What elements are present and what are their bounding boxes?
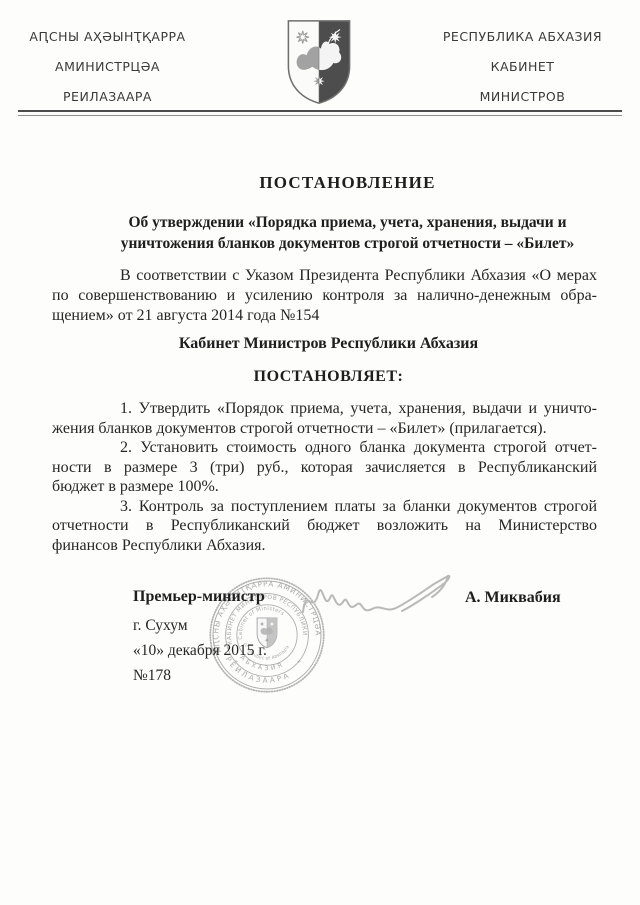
preamble-paragraph: В соответствии с Указом Президента Респу… [52, 266, 597, 326]
title-block: ПОСТАНОВЛЕНИЕ Об утверждении «Порядка пр… [75, 173, 620, 254]
coat-of-arms-icon [284, 18, 354, 106]
item-1-line-2: жения бланков документов строгой отчетно… [52, 419, 597, 439]
org-right-line-3: МИНИСТРОВ [430, 90, 615, 103]
letterhead-divider [18, 110, 622, 116]
org-right-line-1: РЕСПУБЛИКА АБХАЗИЯ [430, 30, 615, 43]
org-left-line-1: АԤСНЫ АҲӘЫНҬҚАРРА [15, 30, 200, 43]
signature-scribble [296, 566, 456, 641]
subject-line-1: Об утверждении «Порядка приема, учета, х… [75, 212, 620, 233]
preamble-line-1: В соответствии с Указом Президента Респу… [52, 266, 597, 286]
signer-name: А. Миквабия [465, 589, 561, 607]
org-right-line-2: КАБИНЕТ [430, 60, 615, 73]
item-3-line-1: 3. Контроль за поступлением платы за бла… [52, 497, 597, 517]
item-3-line-2: отчетности в Республиканский бюджет возл… [52, 516, 597, 536]
preamble-line-2: по совершенствованию и усилению контроля… [52, 286, 597, 306]
resolution-word: ПОСТАНОВЛЯЕТ: [52, 368, 605, 386]
item-1-line-1: 1. Утвердить «Порядок приема, учета, хра… [52, 399, 597, 419]
org-left-line-2: АМИНИСТРЦӘА [15, 60, 200, 73]
item-3: 3. Контроль за поступлением платы за бла… [52, 497, 597, 556]
signature-place: г. Сухум [133, 617, 188, 635]
document-number: №178 [133, 667, 171, 685]
item-2-line-2: ности в размере 3 (три) руб., которая за… [52, 458, 597, 478]
item-2: 2. Установить стоимость одного бланка до… [52, 438, 597, 497]
resolution-items: 1. Утвердить «Порядок приема, учета, хра… [52, 399, 597, 555]
letterhead-org-russian: РЕСПУБЛИКА АБХАЗИЯ КАБИНЕТ МИНИСТРОВ [430, 30, 615, 120]
org-left-line-3: РЕИЛАЗААРА [15, 90, 200, 103]
document-title: ПОСТАНОВЛЕНИЕ [75, 173, 620, 193]
document-subject: Об утверждении «Порядка приема, учета, х… [75, 212, 620, 254]
preamble-line-3: щением» от 21 августа 2014 года №154 [52, 306, 597, 326]
stamp-separator-right: + [297, 659, 302, 665]
item-1: 1. Утвердить «Порядок приема, учета, хра… [52, 399, 597, 438]
subject-line-2: уничтожения бланков документов строгой о… [75, 233, 620, 254]
signer-position: Премьер-министр [133, 588, 265, 606]
signature-date: «10» декабря 2015 г. [133, 642, 267, 660]
item-3-line-3: финансов Республики Абхазия. [52, 536, 597, 556]
letterhead-org-abkhaz: АԤСНЫ АҲӘЫНҬҚАРРА АМИНИСТРЦӘА РЕИЛАЗААРА [15, 30, 200, 120]
document-page: АԤСНЫ АҲӘЫНҬҚАРРА АМИНИСТРЦӘА РЕИЛАЗААРА [0, 0, 640, 905]
item-2-line-3: бюджет в размере 100%. [52, 477, 597, 497]
authority-line: Кабинет Министров Республики Абхазия [52, 335, 605, 353]
item-2-line-1: 2. Установить стоимость одного бланка до… [52, 438, 597, 458]
